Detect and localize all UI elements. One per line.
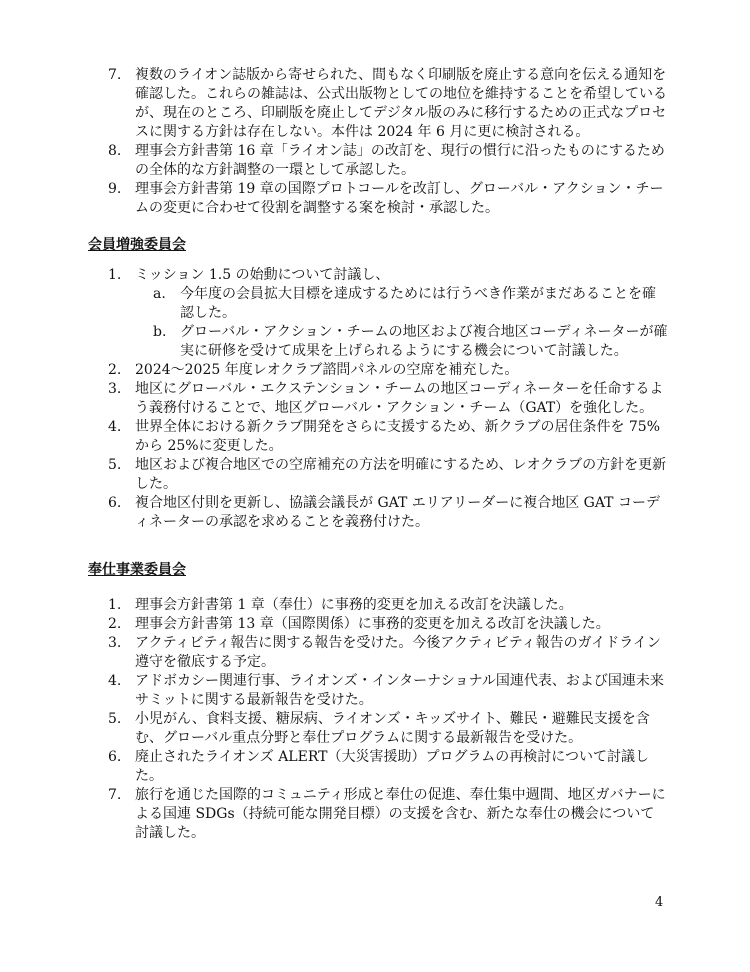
list-item: 6.廃止されたライオンズ ALERT（大災害援助）プログラムの再検討について討議… [108, 748, 668, 786]
item-number: 8. [108, 142, 121, 161]
list-item: 9.理事会方針書第 19 章の国際プロトコールを改訂し、グローバル・アクション・… [108, 180, 668, 218]
item-text: 廃止されたライオンズ ALERT（大災害援助）プログラムの再検討について討議した… [135, 749, 649, 784]
item-number: 2. [108, 615, 121, 634]
item-text: グローバル・アクション・チームの地区および複合地区コーディネーターが確実に研修を… [180, 324, 667, 359]
item-number: 2. [108, 361, 121, 380]
item-number: 9. [108, 180, 121, 199]
item-text: 理事会方針書第 19 章の国際プロトコールを改訂し、グローバル・アクション・チー… [135, 181, 663, 216]
item-number: 7. [108, 786, 121, 805]
item-number: 6. [108, 748, 121, 767]
service-committee-heading: 奉仕事業委員会 [88, 559, 186, 579]
item-number: 1. [108, 266, 121, 285]
list-item: 7.複数のライオン誌版から寄せられた、間もなく印刷版を廃止する意向を伝える通知を… [108, 66, 668, 142]
list-item: 3.地区にグローバル・エクステンション・チームの地区コーディネーターを任命するよ… [108, 380, 668, 418]
item-text: アドボカシー関連行事、ライオンズ・インターナショナル国連代表、および国連未来サミ… [135, 673, 664, 708]
list-item: 5.地区および複合地区での空席補充の方法を明確にするため、レオクラブの方針を更新… [108, 456, 668, 494]
sub-list: a.今年度の会員拡大目標を達成するためには行うべき作業がまだあることを確認した。… [153, 285, 668, 361]
board-decisions-list: 7.複数のライオン誌版から寄せられた、間もなく印刷版を廃止する意向を伝える通知を… [108, 66, 668, 218]
item-text: 地区にグローバル・エクステンション・チームの地区コーディネーターを任命するよう義… [135, 381, 663, 416]
page-number: 4 [655, 895, 663, 910]
document-page: 7.複数のライオン誌版から寄せられた、間もなく印刷版を廃止する意向を伝える通知を… [0, 0, 750, 972]
item-number: 1. [108, 596, 121, 615]
item-text: 今年度の会員拡大目標を達成するためには行うべき作業がまだあることを確認した。 [180, 286, 656, 321]
item-text: アクティビティ報告に関する報告を受けた。今後アクティビティ報告のガイドライン遵守… [135, 635, 661, 670]
item-number: 5. [108, 710, 121, 729]
list-item: 1.理事会方針書第 1 章（奉仕）に事務的変更を加える改訂を決議した。 [108, 596, 668, 615]
item-number: 3. [108, 634, 121, 653]
item-number: 5. [108, 456, 121, 475]
item-text: 2024～2025 年度レオクラブ諮問パネルの空席を補充した。 [135, 362, 518, 378]
item-text: 理事会方針書第 13 章（国際関係）に事務的変更を加える改訂を決議した。 [135, 616, 610, 632]
membership-list: 1.ミッション 1.5 の始動について討議し、 a.今年度の会員拡大目標を達成す… [108, 266, 668, 532]
service-list: 1.理事会方針書第 1 章（奉仕）に事務的変更を加える改訂を決議した。 2.理事… [108, 596, 668, 843]
list-item: 2.理事会方針書第 13 章（国際関係）に事務的変更を加える改訂を決議した。 [108, 615, 668, 634]
list-item: 2.2024～2025 年度レオクラブ諮問パネルの空席を補充した。 [108, 361, 668, 380]
item-text: 小児がん、食料支援、糖尿病、ライオンズ・キッズサイト、難民・避難民支援を含む、グ… [135, 711, 650, 746]
list-item: 4.アドボカシー関連行事、ライオンズ・インターナショナル国連代表、および国連未来… [108, 672, 668, 710]
item-text: 地区および複合地区での空席補充の方法を明確にするため、レオクラブの方針を更新した… [135, 457, 666, 492]
item-letter: b. [153, 323, 166, 342]
list-item: 5.小児がん、食料支援、糖尿病、ライオンズ・キッズサイト、難民・避難民支援を含む… [108, 710, 668, 748]
item-number: 6. [108, 494, 121, 513]
list-item: 8.理事会方針書第 16 章「ライオン誌」の改訂を、現行の慣行に沿ったものにする… [108, 142, 668, 180]
list-item: 4.世界全体における新クラブ開発をさらに支援するため、新クラブの居住条件を 75… [108, 418, 668, 456]
item-text: 複合地区付則を更新し、協議会議長が GAT エリアリーダーに複合地区 GAT コ… [135, 495, 660, 530]
item-number: 3. [108, 380, 121, 399]
item-number: 7. [108, 66, 121, 85]
item-text: 理事会方針書第 16 章「ライオン誌」の改訂を、現行の慣行に沿ったものにするため… [135, 143, 665, 178]
item-number: 4. [108, 418, 121, 437]
list-item: 3.アクティビティ報告に関する報告を受けた。今後アクティビティ報告のガイドライン… [108, 634, 668, 672]
list-item: 6.複合地区付則を更新し、協議会議長が GAT エリアリーダーに複合地区 GAT… [108, 494, 668, 532]
item-letter: a. [153, 285, 166, 304]
item-text: 世界全体における新クラブ開発をさらに支援するため、新クラブの居住条件を 75%か… [135, 419, 660, 454]
list-item: 1.ミッション 1.5 の始動について討議し、 a.今年度の会員拡大目標を達成す… [108, 266, 668, 361]
list-item: 7.旅行を通じた国際的コミュニティ形成と奉仕の促進、奉仕集中週間、地区ガバナーに… [108, 786, 668, 843]
item-text: 旅行を通じた国際的コミュニティ形成と奉仕の促進、奉仕集中週間、地区ガバナーによる… [135, 787, 666, 841]
item-text: 理事会方針書第 1 章（奉仕）に事務的変更を加える改訂を決議した。 [135, 597, 573, 613]
sub-list-item: b.グローバル・アクション・チームの地区および複合地区コーディネーターが確実に研… [153, 323, 668, 361]
item-text: 複数のライオン誌版から寄せられた、間もなく印刷版を廃止する意向を伝える通知を確認… [135, 67, 667, 140]
item-number: 4. [108, 672, 121, 691]
item-text: ミッション 1.5 の始動について討議し、 [135, 267, 389, 283]
sub-list-item: a.今年度の会員拡大目標を達成するためには行うべき作業がまだあることを確認した。 [153, 285, 668, 323]
membership-committee-heading: 会員増強委員会 [88, 234, 186, 254]
